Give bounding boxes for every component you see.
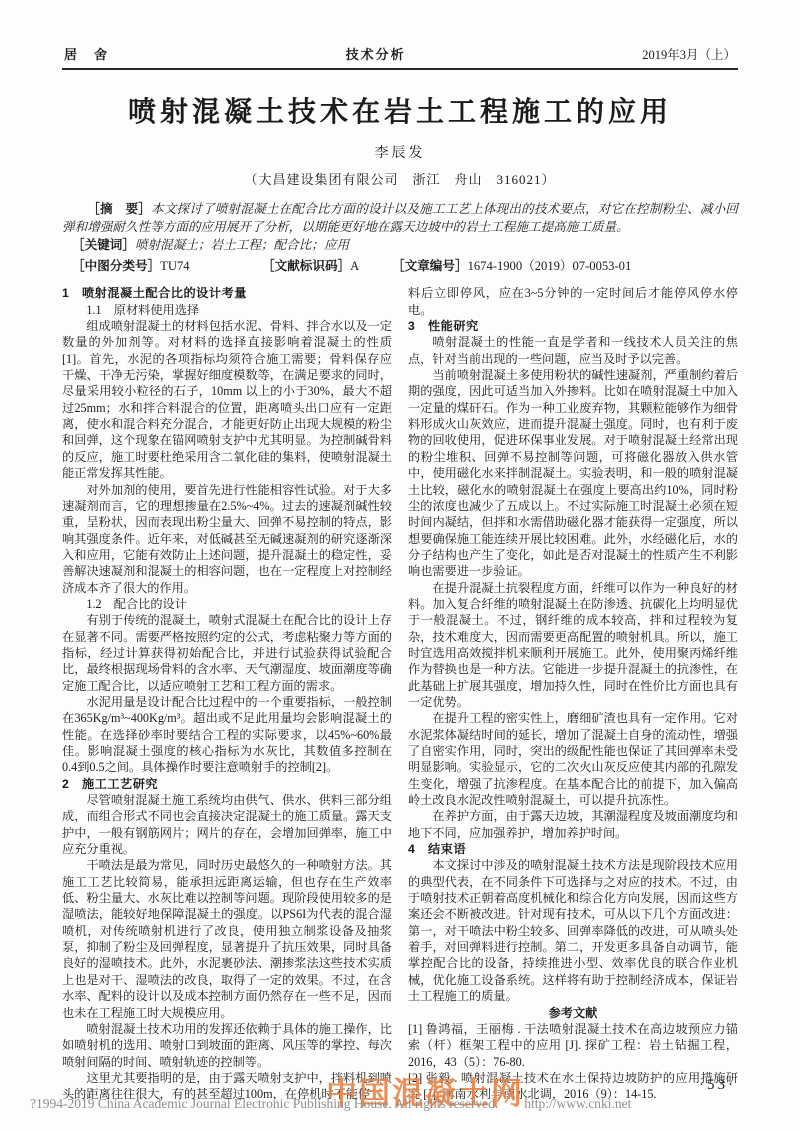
- body-paragraph: 水泥用量是设计配合比过程中的一个重要指标，一般控制在365Kg/m³~400Kg…: [62, 694, 392, 776]
- body-paragraph: 对外加剂的使用，要首先进行性能相容性试验。对于大多速凝剂而言，它的理想掺量在2.…: [62, 482, 392, 596]
- keywords-label: ［关键词］: [72, 238, 135, 252]
- page-number: ·53·: [699, 1077, 736, 1094]
- abstract-block: ［摘 要］本文探讨了喷射混凝土在配合比方面的设计以及施工工艺上体现出的技术要点，…: [62, 201, 738, 275]
- body-paragraph: 1.1 原材料使用选择: [62, 302, 392, 318]
- body-paragraph: 有别于传统的混凝土，喷射式混凝土在配合比的设计上存在显著不同。需要严格按照约定的…: [62, 612, 392, 694]
- body-paragraph: 喷射混凝土技术功用的发挥还依赖于具体的施工操作，比如喷射机的选用、喷射口到坡面的…: [62, 1021, 392, 1070]
- body-paragraph: 喷射混凝土的性能一直是学者和一线技术人员关注的焦点，针对当前出现的一些问题，应当…: [408, 334, 738, 367]
- journal-page: 居 舍 技术分析 2019年3月（上） 喷射混凝土技术在岩土工程施工的应用 李辰…: [0, 0, 800, 1131]
- body-paragraph: 料后立即停风，应在3~5分钟的一定时间后才能停风停水停电。: [408, 285, 738, 318]
- right-column: 料后立即停风，应在3~5分钟的一定时间后才能停风停水停电。3 性能研究喷射混凝土…: [408, 285, 738, 1102]
- classification-row: ［中图分类号］TU74 ［文献标识码］A ［文章编号］1674-1900（201…: [62, 258, 738, 276]
- article-author: 李辰发: [62, 142, 738, 162]
- copyright-footer: ?1994-2019 China Academic Journal Electr…: [30, 1096, 770, 1112]
- section-heading: 1 喷射混凝土配合比的设计考量: [62, 285, 392, 301]
- column-name: 技术分析: [346, 44, 406, 63]
- clc-value: TU74: [160, 259, 189, 273]
- left-column: 1 喷射混凝土配合比的设计考量1.1 原材料使用选择组成喷射混凝土的材料包括水泥…: [62, 285, 392, 1102]
- clc-number: ［中图分类号］TU74: [72, 258, 262, 276]
- abstract-text: 本文探讨了喷射混凝土在配合比方面的设计以及施工工艺上体现出的技术要点，对它在控制…: [62, 202, 738, 234]
- header-rule: [62, 68, 738, 70]
- keywords: ［关键词］喷射混凝土；岩土工程；配合比；应用: [62, 237, 738, 255]
- body-paragraph: 本文探讨中涉及的喷射混凝土技术方法是现阶段技术应用的典型代表，在不同条件下可选择…: [408, 857, 738, 1004]
- body-paragraph: 组成喷射混凝土的材料包括水泥、骨料、拌合水以及一定数量的外加剂等。对材料的选择直…: [62, 318, 392, 481]
- keywords-text: 喷射混凝土；岩土工程；配合比；应用: [135, 238, 349, 252]
- article-id: ［文章编号］1674-1900（2019）07-0053-01: [392, 258, 631, 276]
- clc-label: ［中图分类号］: [72, 259, 160, 273]
- doc-code-label: ［文献标识码］: [262, 259, 350, 273]
- copyright-text: ?1994-2019 China Academic Journal Electr…: [30, 1096, 498, 1111]
- abstract-label: ［摘 要］: [87, 202, 151, 216]
- section-heading: 4 结束语: [408, 841, 738, 857]
- section-heading: 3 性能研究: [408, 318, 738, 334]
- section-heading: 参考文献: [408, 1005, 738, 1021]
- body-paragraph: 在养护方面，由于露天边坡，其潮湿程度及坡面潮度均和地下不同，应加强养护，增加养护…: [408, 808, 738, 841]
- cnki-url: http://www.cnki.net: [524, 1096, 631, 1111]
- reference-item: [1] 鲁鸿福，王丽梅 . 干法喷射混凝土技术在高边坡预应力锚索（杆）框架工程中…: [408, 1021, 738, 1070]
- doc-code-value: A: [350, 259, 359, 273]
- article-body: 1 喷射混凝土配合比的设计考量1.1 原材料使用选择组成喷射混凝土的材料包括水泥…: [62, 285, 738, 1102]
- article-affiliation: （大昌建设集团有限公司 浙江 舟山 316021）: [62, 169, 738, 188]
- page-content: 居 舍 技术分析 2019年3月（上） 喷射混凝土技术在岩土工程施工的应用 李辰…: [62, 44, 738, 1103]
- section-heading: 2 施工工艺研究: [62, 776, 392, 792]
- body-paragraph: 干喷法是最为常见，同时历史最悠久的一种喷射方法。其施工工艺比较简易，能承担远距离…: [62, 857, 392, 1020]
- document-code: ［文献标识码］A: [262, 258, 392, 276]
- issue-date: 2019年3月（上）: [642, 45, 736, 63]
- body-paragraph: 当前喷射混凝土多使用粉状的碱性速凝剂，严重制约着后期的强度，因此可适当加入外掺料…: [408, 367, 738, 579]
- article-id-value: 1674-1900（2019）07-0053-01: [468, 259, 632, 273]
- body-paragraph: 在提升工程的密实性上，磨细矿渣也具有一定作用。它对水泥浆体凝结时间的延长，增加了…: [408, 710, 738, 808]
- abstract: ［摘 要］本文探讨了喷射混凝土在配合比方面的设计以及施工工艺上体现出的技术要点，…: [62, 201, 738, 236]
- article-title: 喷射混凝土技术在岩土工程施工的应用: [62, 90, 738, 130]
- article-id-label: ［文章编号］: [392, 259, 468, 273]
- journal-name: 居 舍: [64, 44, 109, 63]
- running-head: 居 舍 技术分析 2019年3月（上）: [62, 44, 738, 68]
- body-paragraph: 1.2 配合比的设计: [62, 596, 392, 612]
- body-paragraph: 尽管喷射混凝土施工系统均由供气、供水、供料三部分组成，而组合形式不同也会直接决定…: [62, 792, 392, 857]
- body-paragraph: 在提升混凝土抗裂程度方面，纤维可以作为一种良好的材料。加入复合纤维的喷射混凝土在…: [408, 580, 738, 711]
